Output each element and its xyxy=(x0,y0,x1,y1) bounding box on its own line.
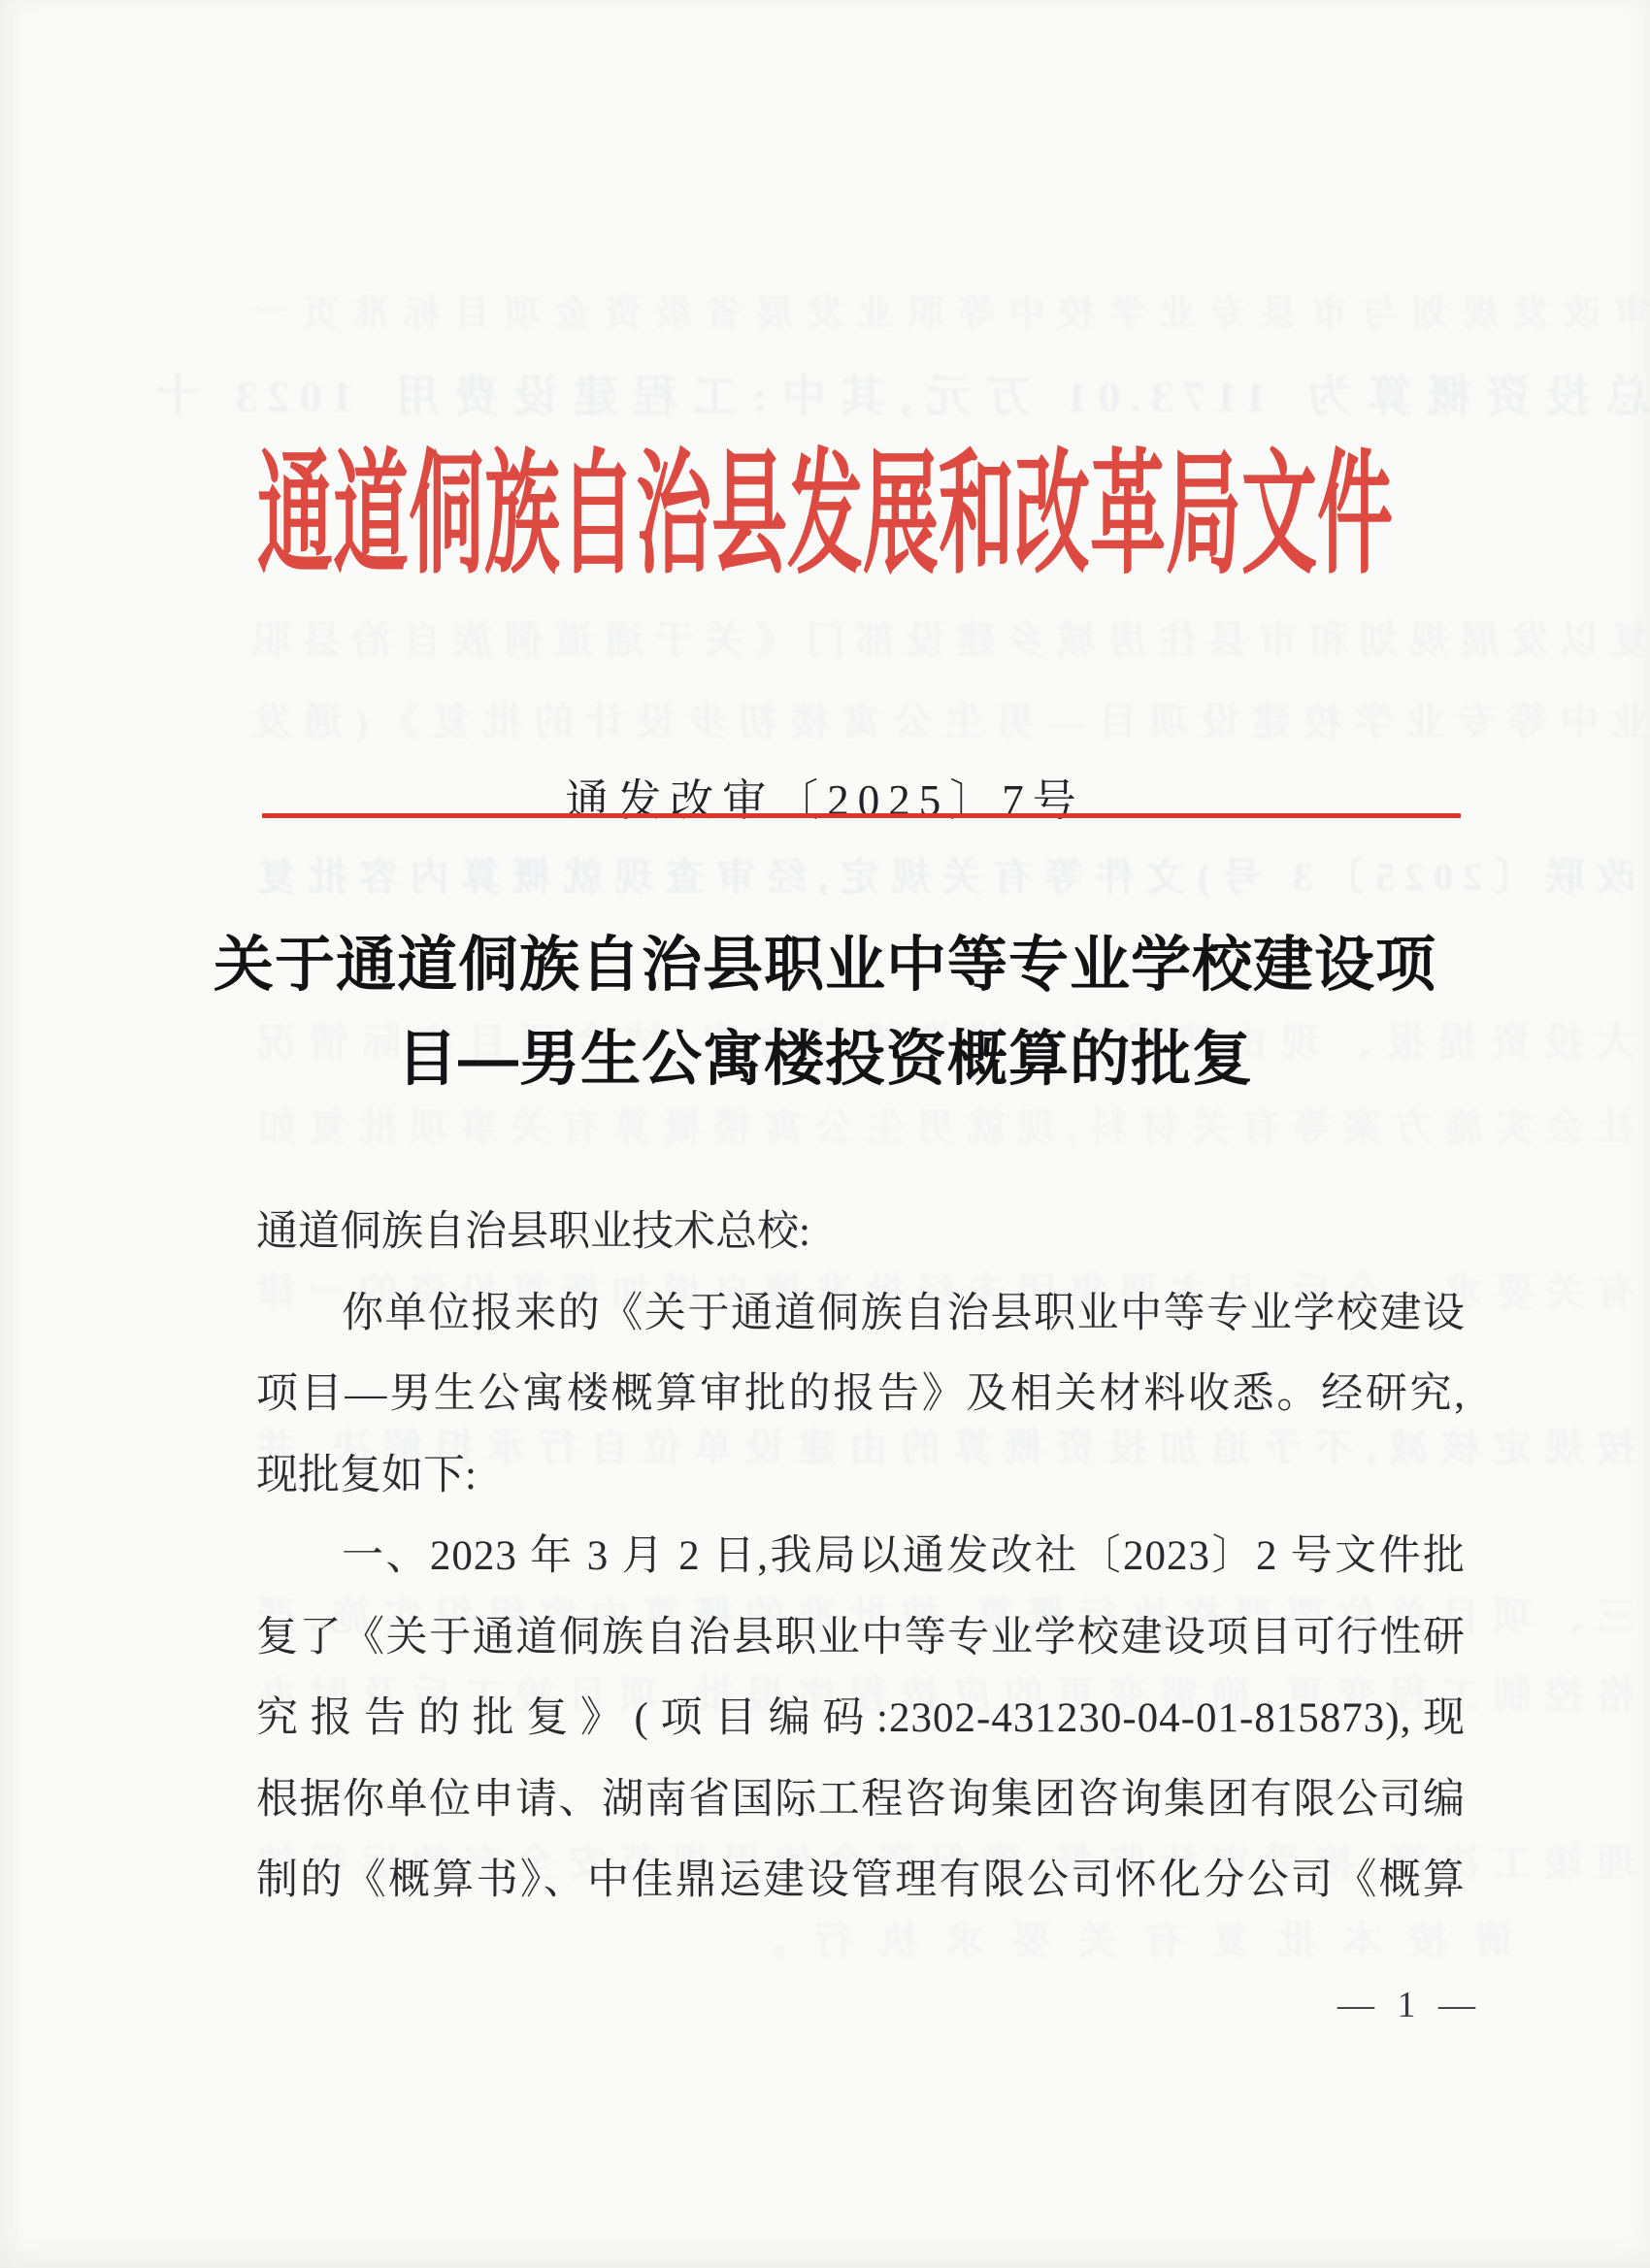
ghost-text-line: 业中等专业学校建设项目—男生公寓楼初步设计的批复》(通发 xyxy=(243,691,1650,746)
document-body: 通道侗族自治县职业技术总校: 你单位报来的《关于通道侗族自治县职业中等专业学校建… xyxy=(256,1192,1466,1922)
body-text-line: 项目—男生公寓楼概算审批的报告》及相关材料收悉。经研究, xyxy=(256,1354,1466,1435)
subject-title-line-1: 关于通道侗族自治县职业中等专业学校建设项 xyxy=(87,918,1563,1012)
body-text-line: 究报告的批复》(项目编码:2302-431230-04-01-815873),现 xyxy=(256,1678,1466,1759)
subject-title-line-2: 目—男生公寓楼投资概算的批复 xyxy=(87,1012,1563,1106)
red-separator-line xyxy=(262,813,1461,818)
body-text-line: 制的《概算书》、中佳鼎运建设管理有限公司怀化分公司《概算 xyxy=(256,1840,1466,1922)
body-text-line: 现批复如下: xyxy=(256,1435,1466,1517)
body-text-line: 你单位报来的《关于通道侗族自治县职业中等专业学校建设 xyxy=(256,1273,1466,1355)
agency-letterhead-title: 通道侗族自治县发展和改革局文件 xyxy=(0,448,1650,524)
scanned-document-page: 审改发规划与市县专业学校中等职业发展省级资金项目标准页一 总投资概算为 1173… xyxy=(0,0,1650,2268)
ghost-text-line: 复以发展规划和市县住房城乡建设部门《关于通道侗族自治县职 xyxy=(243,609,1650,665)
ghost-text-line: 审改发规划与市县专业学校中等职业发展省级资金项目标准页一 xyxy=(243,283,1650,336)
body-text-line: 复了《关于通道侗族自治县职业中等专业学校建设项目可行性研 xyxy=(256,1597,1466,1679)
addressee-line: 通道侗族自治县职业技术总校: xyxy=(256,1192,1466,1273)
document-subject-title: 关于通道侗族自治县职业中等专业学校建设项 目—男生公寓楼投资概算的批复 xyxy=(87,918,1563,1106)
ghost-text-line: 改联〔2025〕3 号)文件等有关规定,经审查现就概算内容批复 xyxy=(247,846,1635,902)
body-text-line: 根据你单位申请、湖南省国际工程咨询集团咨询集团有限公司编 xyxy=(256,1759,1466,1841)
ghost-text-line: 总投资概算为 1173.01 万元,其中:工程建设费用 1023 十 xyxy=(146,361,1650,425)
body-text-line: 一、2023 年 3 月 2 日,我局以通发改社〔2023〕2 号文件批 xyxy=(256,1516,1466,1597)
page-number: — 1 — xyxy=(1337,1984,1482,2026)
agency-letterhead-text: 通道侗族自治县发展和改革局文件 xyxy=(257,448,1393,583)
document-number: 通发改审〔2025〕7号 xyxy=(0,765,1650,828)
